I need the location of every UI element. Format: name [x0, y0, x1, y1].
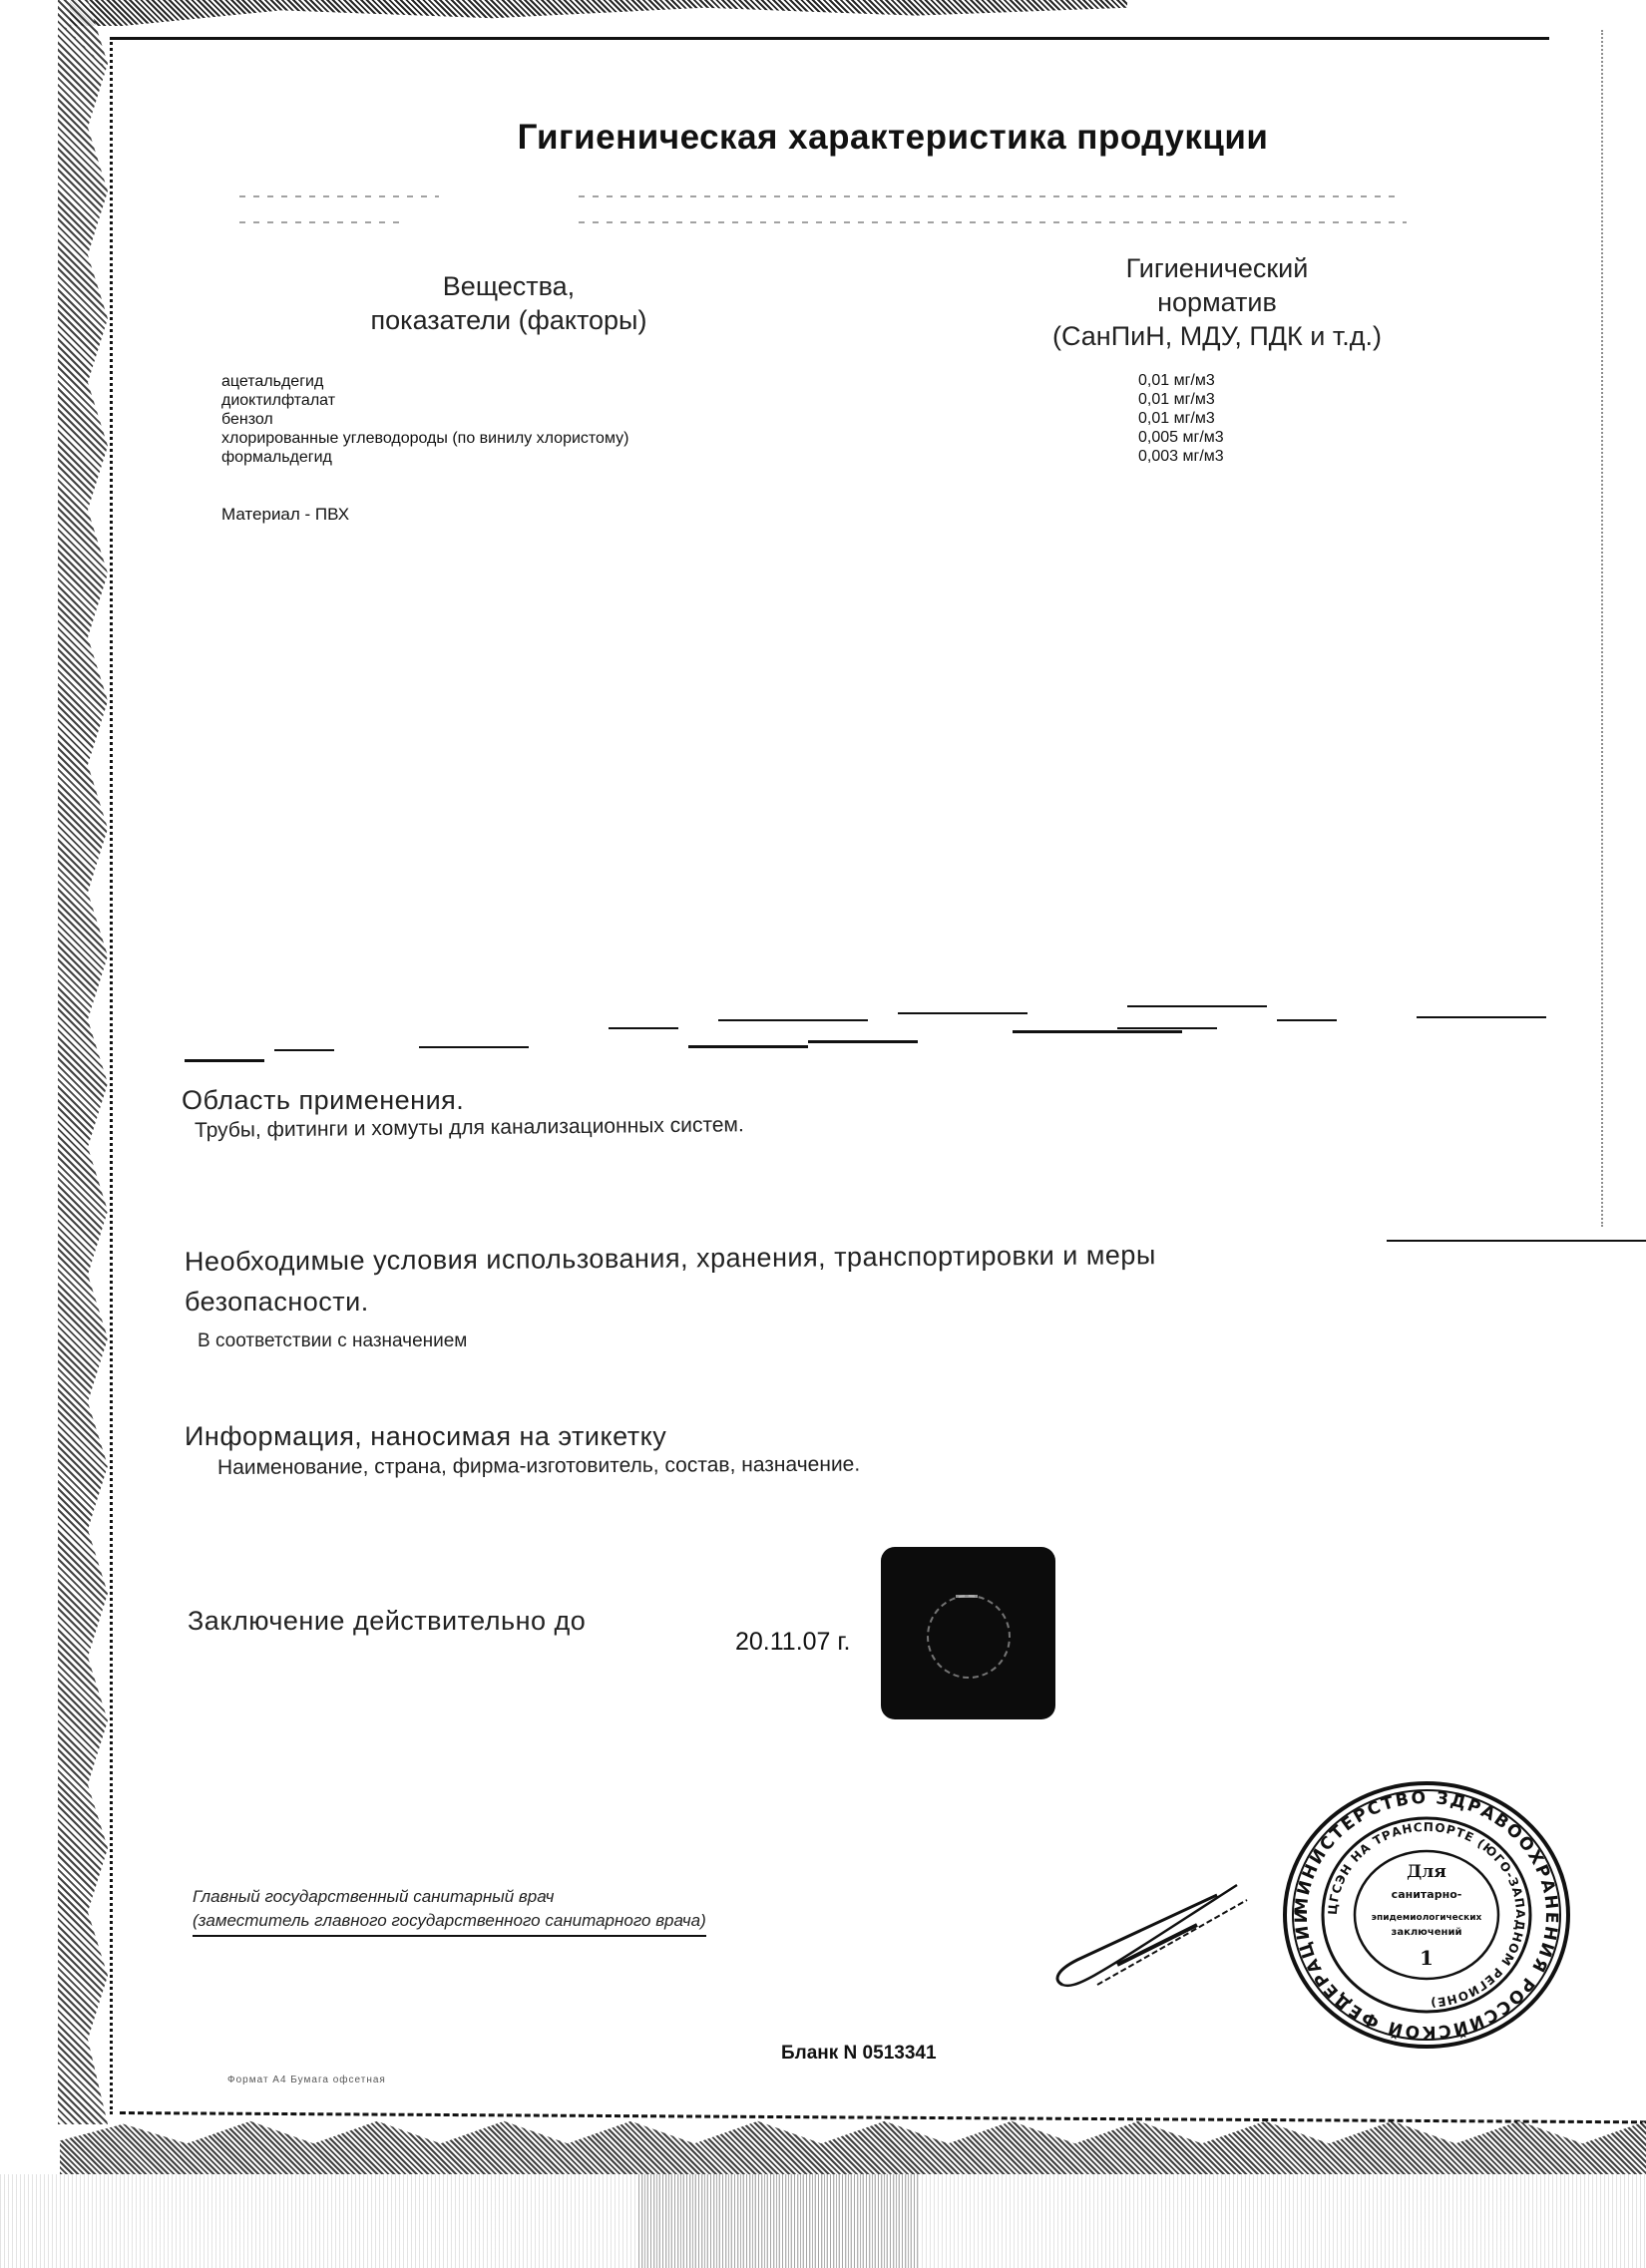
- signatory-title: Главный государственный санитарный врач …: [193, 1885, 706, 1937]
- material-note: Материал - ПВХ: [221, 505, 349, 525]
- validity-date: 20.11.07 г.: [735, 1628, 850, 1657]
- title-underline: [239, 195, 439, 197]
- substance-name: диоктилфталат: [221, 391, 628, 410]
- column-header-norm-line1: Гигиенический: [958, 251, 1476, 285]
- column-header-substances: Вещества, показатели (факторы): [299, 269, 718, 337]
- table-bottom-rule: [688, 1045, 808, 1048]
- norm-value: 0,01 мг/м3: [1138, 409, 1224, 428]
- decorative-border-left: [58, 0, 108, 2124]
- table-bottom-rule: [185, 1059, 264, 1062]
- norm-value: 0,01 мг/м3: [1138, 390, 1224, 409]
- table-bottom-rule: [1127, 1005, 1267, 1007]
- table-bottom-rule: [1277, 1019, 1337, 1021]
- conditions-heading-rule: [1387, 1240, 1646, 1242]
- seal-center-line4: заключений: [1392, 1927, 1462, 1938]
- label-info-text: Наименование, страна, фирма-изготовитель…: [217, 1453, 860, 1480]
- table-bottom-rule: [274, 1049, 334, 1051]
- substance-name: хлорированные углеводороды (по винилу хл…: [221, 429, 628, 448]
- norm-value: 0,01 мг/м3: [1138, 371, 1224, 390]
- table-bottom-rule: [898, 1012, 1028, 1014]
- scan-noise-bottom: [0, 2174, 1646, 2268]
- form-code: Формат А4 Бумага офсетная: [227, 2075, 386, 2085]
- table-bottom-rule: [718, 1019, 868, 1021]
- substance-list: ацетальдегид диоктилфталат бензол хлорир…: [221, 372, 628, 467]
- table-bottom-rule: [1013, 1030, 1182, 1033]
- column-header-substances-line1: Вещества,: [299, 269, 718, 303]
- decorative-border-bottom: [60, 2118, 1646, 2174]
- table-bottom-rule: [1417, 1016, 1546, 1018]
- substance-name: формальдегид: [221, 448, 628, 467]
- norm-list: 0,01 мг/м3 0,01 мг/м3 0,01 мг/м3 0,005 м…: [1138, 371, 1224, 466]
- seal-center-number: 1: [1420, 1946, 1434, 1970]
- seal-center-line3: эпидемиологических: [1372, 1913, 1482, 1923]
- signatory-title-line2: (заместитель главного государственного с…: [193, 1909, 706, 1937]
- title-underline: [579, 195, 1397, 197]
- official-round-seal: МИНИСТЕРСТВО ЗДРАВООХРАНЕНИЯ РОССИЙСКОЙ …: [1267, 1765, 1586, 2065]
- table-bottom-rule: [609, 1027, 678, 1029]
- norm-value: 0,003 мг/м3: [1138, 447, 1224, 466]
- blank-number: Бланк N 0513341: [781, 2043, 937, 2065]
- column-header-norm-line3: (СанПиН, МДУ, ПДК и т.д.): [958, 319, 1476, 353]
- signatory-title-line1: Главный государственный санитарный врач: [193, 1885, 706, 1909]
- norm-value: 0,005 мг/м3: [1138, 428, 1224, 447]
- validity-label: Заключение действительно до: [188, 1606, 586, 1637]
- substance-name: бензол: [221, 410, 628, 429]
- decorative-border-right: [1601, 30, 1623, 1227]
- conditions-text: В соответствии с назначением: [198, 1330, 467, 1352]
- signature-icon: [1037, 1855, 1257, 2005]
- column-header-norm: Гигиенический норматив (СанПиН, МДУ, ПДК…: [958, 251, 1476, 353]
- stamp-bar: [956, 1595, 978, 1598]
- column-header-norm-line2: норматив: [958, 285, 1476, 319]
- title-underline: [239, 221, 399, 223]
- substance-name: ацетальдегид: [221, 372, 628, 391]
- scope-heading: Область применения.: [182, 1085, 464, 1116]
- seal-center-line2: санитарно-: [1392, 1888, 1462, 1901]
- stamp-ring-icon: [927, 1595, 1011, 1679]
- column-header-substances-line2: показатели (факторы): [299, 303, 718, 337]
- decorative-border-top: [70, 0, 1127, 26]
- table-bottom-rule: [419, 1046, 529, 1048]
- conditions-heading-line2: безопасности.: [185, 1287, 369, 1318]
- seal-center-line1: Для: [1407, 1862, 1446, 1882]
- label-info-heading: Информация, наносимая на этикетку: [185, 1421, 666, 1452]
- table-bottom-rule: [1117, 1027, 1217, 1029]
- table-bottom-rule: [808, 1040, 918, 1043]
- document-title: Гигиеническая характеристика продукции: [0, 118, 1646, 158]
- title-underline: [579, 221, 1407, 223]
- official-stamp-square: [881, 1547, 1055, 1719]
